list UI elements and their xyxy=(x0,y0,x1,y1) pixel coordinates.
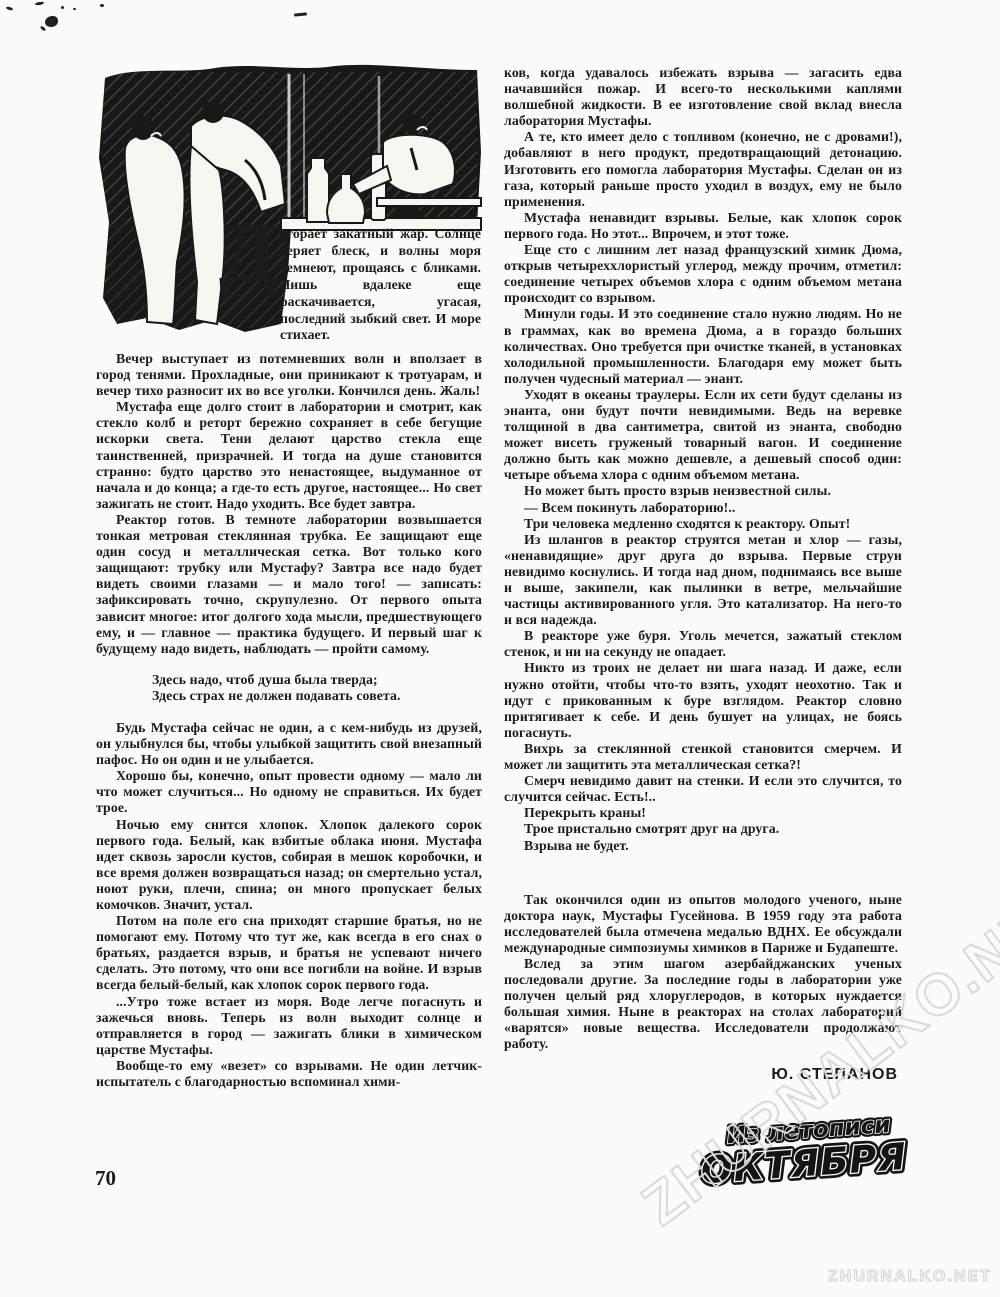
paragraph: Еще сто с лишним лет назад французский х… xyxy=(504,242,902,306)
paragraph: Взрыва не будет. xyxy=(504,838,902,854)
paragraph: А те, кто имеет дело с топливом (конечно… xyxy=(504,129,902,209)
paragraph: Смерч невидимо давит на стенки. И если э… xyxy=(504,773,902,805)
verse-block: Здесь надо, чтоб душа была тверда; Здесь… xyxy=(152,672,482,705)
page-number: 70 xyxy=(95,1166,116,1191)
left-column: Вечер выступает из потемневших волн и вп… xyxy=(96,351,482,1090)
ink-blot xyxy=(45,16,58,27)
rubric-logo: Из летописи Из летописи ОКТЯБРЯ ОКТЯБРЯ xyxy=(698,1110,913,1195)
paragraph: ков, когда удавалось избежать взрыва — з… xyxy=(504,65,902,129)
paragraph: Вихрь за стеклянной стенкой становится с… xyxy=(504,741,902,773)
paragraph: Три человека медленно сходятся к реактор… xyxy=(504,516,902,532)
paragraph: Будь Мустафа сейчас не один, а с кем-ниб… xyxy=(96,720,482,768)
paragraph: Потом на поле его сна приходят старшие б… xyxy=(96,913,482,993)
ink-speck xyxy=(35,1,44,6)
ink-speck xyxy=(6,6,14,11)
paragraph: В реакторе уже буря. Уголь мечется, зажа… xyxy=(504,628,902,660)
paragraph: Из шлангов в реактор струятся метан и хл… xyxy=(504,532,902,629)
paragraph: Никто из троих не делает ни шага назад. … xyxy=(504,660,902,740)
paragraph: Но может быть просто взрыв неизвестной с… xyxy=(504,483,902,499)
paragraph: Минули годы. И это соединение стало нужн… xyxy=(504,306,902,386)
paragraph: Уходят в океаны траулеры. Если их сети б… xyxy=(504,387,902,484)
ink-speck xyxy=(73,8,76,10)
ink-speck xyxy=(61,6,64,9)
opening-paragraph: огорает закатный жар. Солнце теряет блес… xyxy=(280,226,481,344)
paragraph: Мустафа еще долго стоит в лаборатории и … xyxy=(96,399,482,512)
paragraph: Вообще-то ему «везет» со взрывами. Не од… xyxy=(96,1058,482,1090)
closing-paragraph: Вслед за этим шагом азербайджанских учен… xyxy=(504,956,902,1053)
paragraph: Перекрыть краны! xyxy=(504,805,902,821)
paragraph: Мустафа ненавидит взрывы. Белые, как хло… xyxy=(504,210,902,242)
ink-speck xyxy=(294,12,307,16)
paragraph: Вечер выступает из потемневших волн и вп… xyxy=(96,351,482,399)
verse-line: Здесь страх не должен подавать совета. xyxy=(152,688,482,705)
author-signature: Ю. СТЕПАНОВ xyxy=(504,1067,902,1083)
corner-watermark: ZHURNALKO.NET xyxy=(828,1268,992,1286)
verse-line: Здесь надо, чтоб душа была тверда; xyxy=(152,672,482,689)
magazine-page: Д огорает закатный жар. Солнце теряет бл… xyxy=(0,0,1000,1297)
paragraph: — Всем покинуть лабораторию!.. xyxy=(504,500,902,516)
right-column: ков, когда удавалось избежать взрыва — з… xyxy=(504,65,902,1083)
paragraph: Трое пристально смотрят друг на друга. xyxy=(504,821,902,837)
paragraph: Реактор готов. В темноте лаборатории воз… xyxy=(96,512,482,657)
paragraph: Хорошо бы, конечно, опыт провести одному… xyxy=(96,768,482,816)
paragraph: Ночью ему снится хлопок. Хлопок далекого… xyxy=(96,817,482,914)
drop-cap: Д xyxy=(219,212,277,296)
paragraph: ...Утро тоже встает из моря. Воде легче … xyxy=(96,994,482,1058)
closing-paragraph: Так окончился один из опытов молодого уч… xyxy=(504,892,902,956)
ink-speck xyxy=(100,4,104,7)
ink-speck xyxy=(40,25,47,31)
